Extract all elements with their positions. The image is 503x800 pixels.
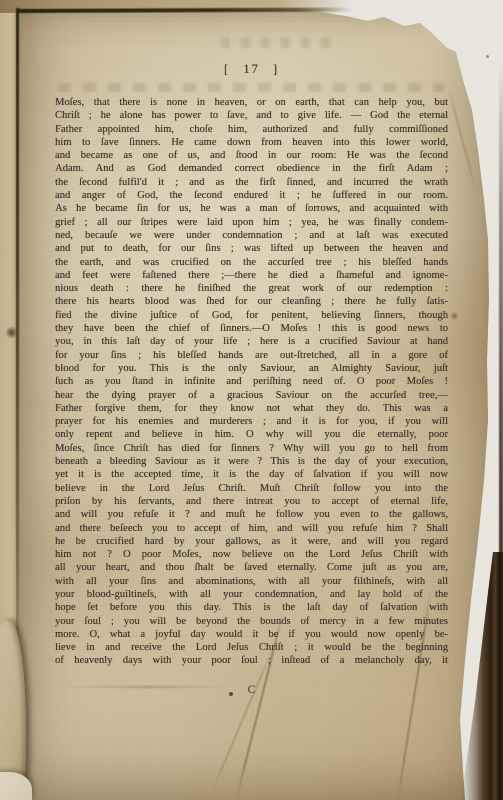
text-line: lieve in and receive the Lord Jeſus Chri… [55, 641, 448, 654]
text-line: yet it is the accepted time, it is the d… [55, 468, 448, 481]
text-line: nious death : there he finiſhed the grea… [55, 282, 448, 295]
text-line: As he became ſin for us, he was a man of… [55, 202, 448, 215]
text-line: Chriſt ; he alone has power to ſave, and… [55, 109, 448, 122]
text-line: and became as one of us, and ſtood in ou… [55, 149, 448, 162]
text-line: more. O, what a joyful day would it be i… [55, 628, 448, 641]
text-line: and put to death, for our ſins ; was lif… [55, 242, 448, 255]
gutter-ink-blob [6, 326, 17, 339]
text-line: grief ; all our ſtripes were laid upon h… [55, 216, 448, 229]
foxing-spot [450, 312, 459, 320]
text-line: Father forgive them, for they know not w… [55, 402, 448, 415]
text-line: prayer for his enemies and murderers ; a… [55, 415, 448, 428]
text-line: Moſes, ſince Chriſt has died for ſinners… [55, 442, 448, 455]
text-line: believe in the Lord Jeſus Chriſt. Muſt C… [55, 482, 448, 495]
text-line: him not ? O poor Moſes, now believe on t… [55, 548, 448, 561]
text-line: him to ſave ſinners. He came down from h… [55, 136, 448, 149]
text-line: of heavenly days with your poor ſoul ; i… [55, 654, 448, 667]
text-line: and there beſeech you to accept of him, … [55, 522, 448, 535]
text-line: hear the dying prayer of a gracious Savi… [55, 389, 448, 402]
text-line: the ſecond fulfil'd it ; and as the firſ… [55, 176, 448, 189]
text-line: Father appointed him, choſe him, authori… [55, 123, 448, 136]
text-line: blood for you. This is the only Saviour,… [55, 362, 448, 375]
text-line: Adam. And as God demanded correct obedie… [55, 162, 448, 175]
page-number: [ 17 ] [55, 62, 448, 77]
show-through-smudge-band [58, 83, 444, 92]
text-line: ned, becauſe we were under condemnation … [55, 229, 448, 242]
text-line: with all your ſins and abominations, wit… [55, 575, 448, 588]
dust-speck [486, 55, 489, 58]
text-line: beneath a bleeding Saviour as it were ? … [55, 455, 448, 468]
text-line: you, in this laſt day of your life ; her… [55, 335, 448, 348]
show-through-smudge-header [221, 38, 331, 48]
book-page-scan: [ 17 ] Moſes, that there is none in heav… [0, 0, 503, 800]
signature-mark: C [55, 684, 448, 696]
text-line: only repent and believe in him. O why wi… [55, 428, 448, 441]
page-body: Moſes, that there is none in heaven, or … [55, 96, 448, 668]
text-line: your ſoul ; you will be beyond the bound… [55, 615, 448, 628]
text-line: for your ſins ; his bleſſed hands are ou… [55, 349, 448, 362]
text-line: hope ſet before you this day. This is th… [55, 601, 448, 614]
fore-edge-shadow [499, 62, 503, 562]
text-line: priſon by his ſervants, and there intrea… [55, 495, 448, 508]
text-line: fied the divine juſtice of God, for peni… [55, 309, 448, 322]
text-line: ſuch as you ſtand in infinite and periſh… [55, 375, 448, 388]
text-line: your blood-guiltineſs, with all your con… [55, 588, 448, 601]
text-line: and will you refuſe it ? and muſt he fol… [55, 508, 448, 521]
text-line: they have been the chief of ſinners.—O M… [55, 322, 448, 335]
text-line: there his hearts blood was ſhed for our … [55, 295, 448, 308]
text-line: and anger of God, the ſecond endured it … [55, 189, 448, 202]
book-page: [ 17 ] Moſes, that there is none in heav… [16, 0, 503, 800]
text-line: Moſes, that there is none in heaven, or … [55, 96, 448, 109]
text-line: all your heart, and thou ſhalt be ſaved … [55, 561, 448, 574]
crease-mark [448, 90, 477, 192]
text-line: the earth, and was crucified on the accu… [55, 256, 448, 269]
text-line: he be crucified hard by your gallows, as… [55, 535, 448, 548]
text-line: and feet were faſtened there ;—there he … [55, 269, 448, 282]
